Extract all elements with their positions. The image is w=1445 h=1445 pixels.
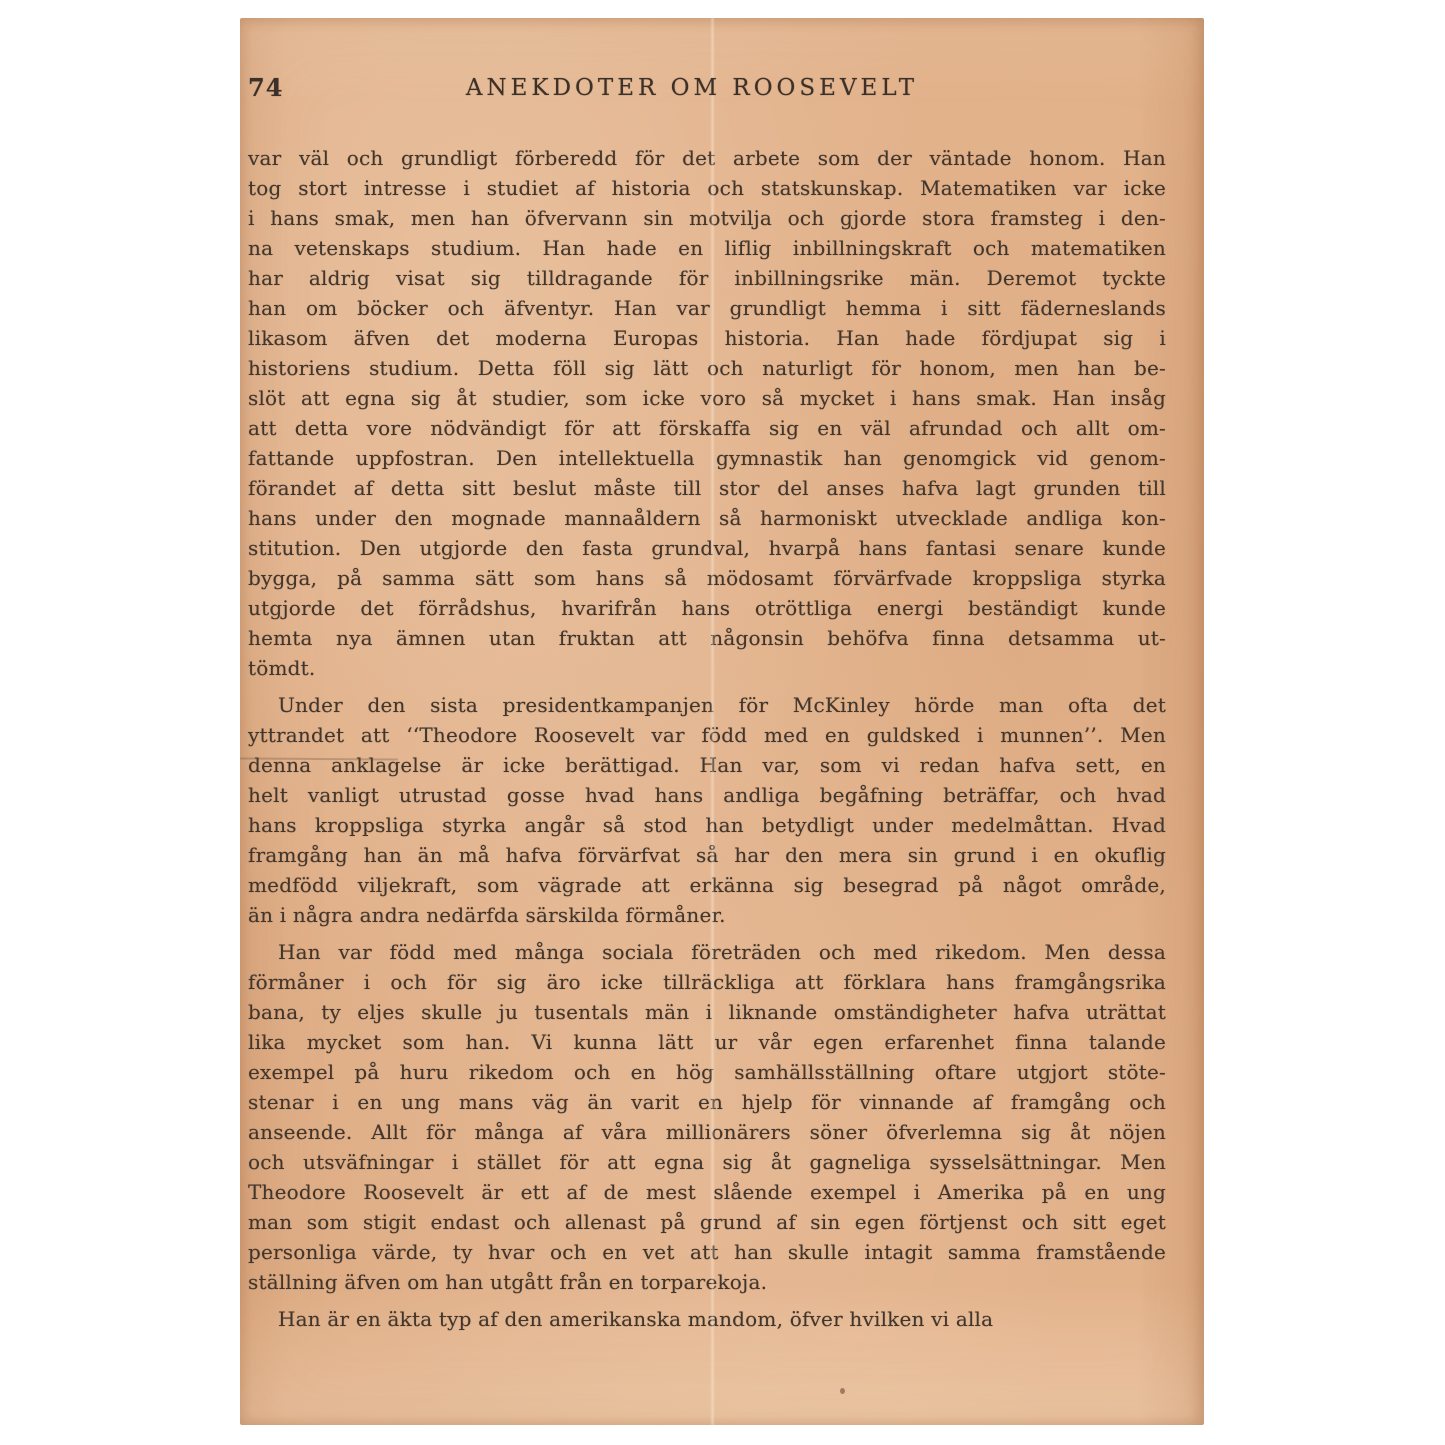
text-line: man som stigit endast och allenast på gr… (248, 1207, 1166, 1237)
text-line: exempel på huru rikedom och en hög samhä… (248, 1057, 1166, 1087)
text-line: Han var född med många sociala företräde… (248, 937, 1166, 967)
text-line: hemta nya ämnen utan fruktan att någonsi… (248, 623, 1166, 653)
text-line: stitution. Den utgjorde den fasta grundv… (248, 533, 1166, 563)
paper-speck (840, 1388, 845, 1394)
text-line: hans under den mognade mannaåldern så ha… (248, 503, 1166, 533)
text-line: stenar i en ung mans väg än varit en hje… (248, 1087, 1166, 1117)
text-line: yttrandet att ‘‘Theodore Roosevelt var f… (248, 720, 1166, 750)
text-line: slöt att egna sig åt studier, som icke v… (248, 383, 1166, 413)
page-number: 74 (248, 73, 283, 102)
text-line: har aldrig visat sig tilldragande för in… (248, 263, 1166, 293)
text-line: och utsväfningar i stället för att egna … (248, 1147, 1166, 1177)
book-page: 74 ANEKDOTER OM ROOSEVELT var väl och gr… (240, 18, 1204, 1425)
text-line: lika mycket som han. Vi kunna lätt ur vå… (248, 1027, 1166, 1057)
text-line: historiens studium. Detta föll sig lätt … (248, 353, 1166, 383)
page-header: 74 ANEKDOTER OM ROOSEVELT (240, 18, 1204, 107)
text-line: na vetenskaps studium. Han hade en lifli… (248, 233, 1166, 263)
text-line: hans kroppsliga styrka angår så stod han… (248, 810, 1166, 840)
running-title: ANEKDOTER OM ROOSEVELT (240, 75, 1204, 101)
text-line: personliga värde, ty hvar och en vet att… (248, 1237, 1166, 1267)
text-line: medfödd viljekraft, som vägrade att erkä… (248, 870, 1166, 900)
text-line: Han är en äkta typ af den amerikanska ma… (248, 1304, 1166, 1334)
scan-background: 74 ANEKDOTER OM ROOSEVELT var väl och gr… (0, 0, 1445, 1445)
paragraph: Han är en äkta typ af den amerikanska ma… (248, 1304, 1166, 1334)
text-line: bygga, på samma sätt som hans så mödosam… (248, 563, 1166, 593)
text-line: tog stort intresse i studiet af historia… (248, 173, 1166, 203)
text-line: bana, ty eljes skulle ju tusentals män i… (248, 997, 1166, 1027)
text-line: Under den sista presidentkampanjen för M… (248, 690, 1166, 720)
text-line: att detta vore nödvändigt för att förska… (248, 413, 1166, 443)
text-line: förmåner i och för sig äro icke tillräck… (248, 967, 1166, 997)
text-line: tömdt. (248, 653, 1166, 683)
paragraph: Han var född med många sociala företräde… (248, 937, 1166, 1297)
text-line: Theodore Roosevelt är ett af de mest slå… (248, 1177, 1166, 1207)
text-line: likasom äfven det moderna Europas histor… (248, 323, 1166, 353)
text-line: helt vanligt utrustad gosse hvad hans an… (248, 780, 1166, 810)
text-line: ställning äfven om han utgått från en to… (248, 1267, 1166, 1297)
text-line: fattande uppfostran. Den intellektuella … (248, 443, 1166, 473)
text-line: utgjorde det förrådshus, hvarifrån hans … (248, 593, 1166, 623)
text-line: framgång han än må hafva förvärfvat så h… (248, 840, 1166, 870)
text-line: denna anklagelse är icke berättigad. Han… (248, 750, 1166, 780)
text-line: anseende. Allt för många af våra million… (248, 1117, 1166, 1147)
paragraph: Under den sista presidentkampanjen för M… (248, 690, 1166, 930)
text-line: var väl och grundligt förberedd för det … (248, 143, 1166, 173)
page-body: var väl och grundligt förberedd för det … (240, 143, 1204, 1334)
text-line: han om böcker och äfventyr. Han var grun… (248, 293, 1166, 323)
text-line: än i några andra nedärfda särskilda förm… (248, 900, 1166, 930)
text-line: i hans smak, men han öfvervann sin motvi… (248, 203, 1166, 233)
paragraph: var väl och grundligt förberedd för det … (248, 143, 1166, 683)
text-line: förandet af detta sitt beslut måste till… (248, 473, 1166, 503)
